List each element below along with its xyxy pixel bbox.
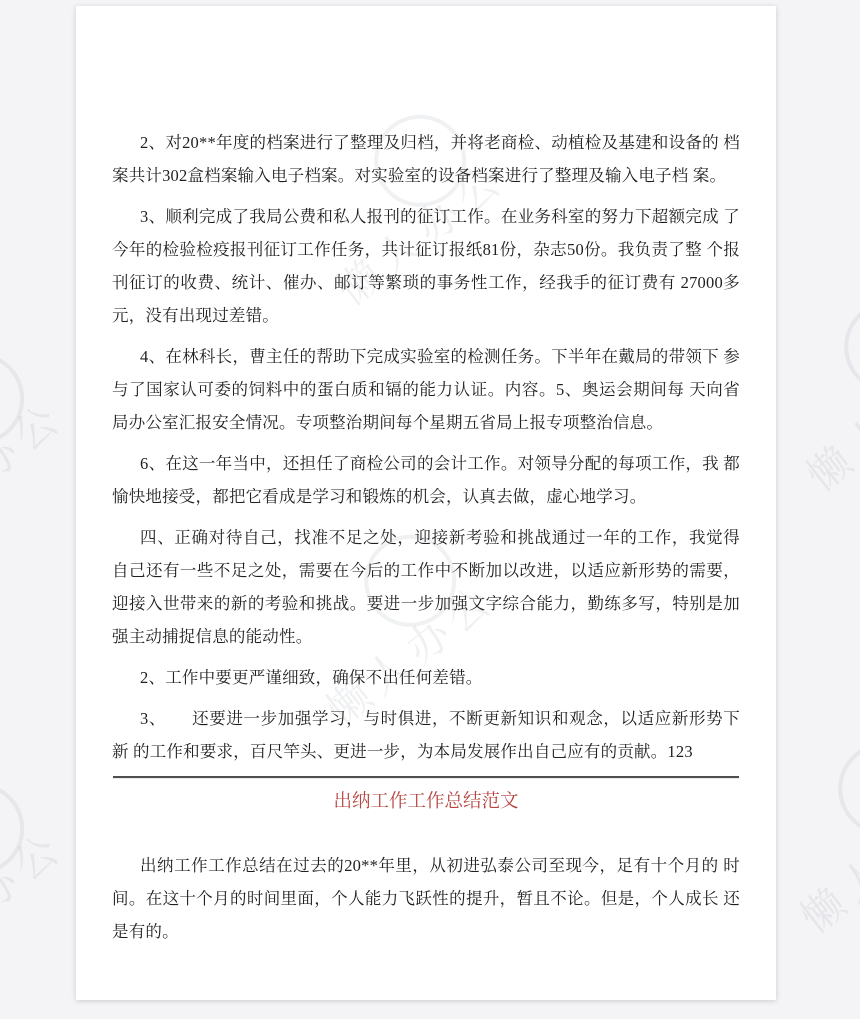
paragraph: 4、在林科长，曹主任的帮助下完成实验室的检测任务。下半年在戴局的带领下 参与了国… <box>112 340 740 439</box>
paragraph: 6、在这一年当中，还担任了商检公司的会计工作。对领导分配的每项工作，我 都愉快地… <box>112 447 740 513</box>
watermark-text: 懒人办公 <box>799 341 860 500</box>
watermark-logo-ring-icon <box>0 764 43 893</box>
watermark-logo-ring-icon <box>826 282 860 411</box>
paragraph: 四、正确对待自己，找准不足之处，迎接新考验和挑战通过一年的工作，我觉得 自己还有… <box>112 521 740 653</box>
watermark-logo-ring-icon <box>0 334 43 463</box>
watermark-text: 懒人办公 <box>793 783 860 942</box>
watermark-text: 懒人办公 <box>0 823 73 982</box>
section-title: 出纳工作工作总结范文 <box>112 787 740 817</box>
paragraph: 2、工作中要更严谨细致，确保不出任何差错。 <box>112 661 740 694</box>
document-viewer: 2、对20**年度的档案进行了整理及归档，并将老商检、动植检及基建和设备的 档案… <box>0 0 860 1019</box>
watermark: 懒人办公 <box>771 762 860 957</box>
paragraph: 出纳工作工作总结在过去的20**年里，从初进弘泰公司至现今，足有十个月的 时间。… <box>112 849 740 948</box>
watermark-text: 懒人办公 <box>0 393 73 552</box>
document-page: 2、对20**年度的档案进行了整理及归档，并将老商检、动植检及基建和设备的 档案… <box>76 6 776 1000</box>
watermark-logo-ring-icon <box>820 724 860 853</box>
section-divider <box>113 776 739 779</box>
watermark: 懒人办公 <box>777 320 860 515</box>
paragraph: 3、顺利完成了我局公费和私人报刊的征订工作。在业务科室的努力下超额完成 了今年的… <box>112 200 740 332</box>
paragraph: 3、 还要进一步加强学习，与时俱进，不断更新知识和观念，以适应新形势下新 的工作… <box>112 702 740 768</box>
paragraph: 2、对20**年度的档案进行了整理及归档，并将老商检、动植检及基建和设备的 档案… <box>112 126 740 192</box>
